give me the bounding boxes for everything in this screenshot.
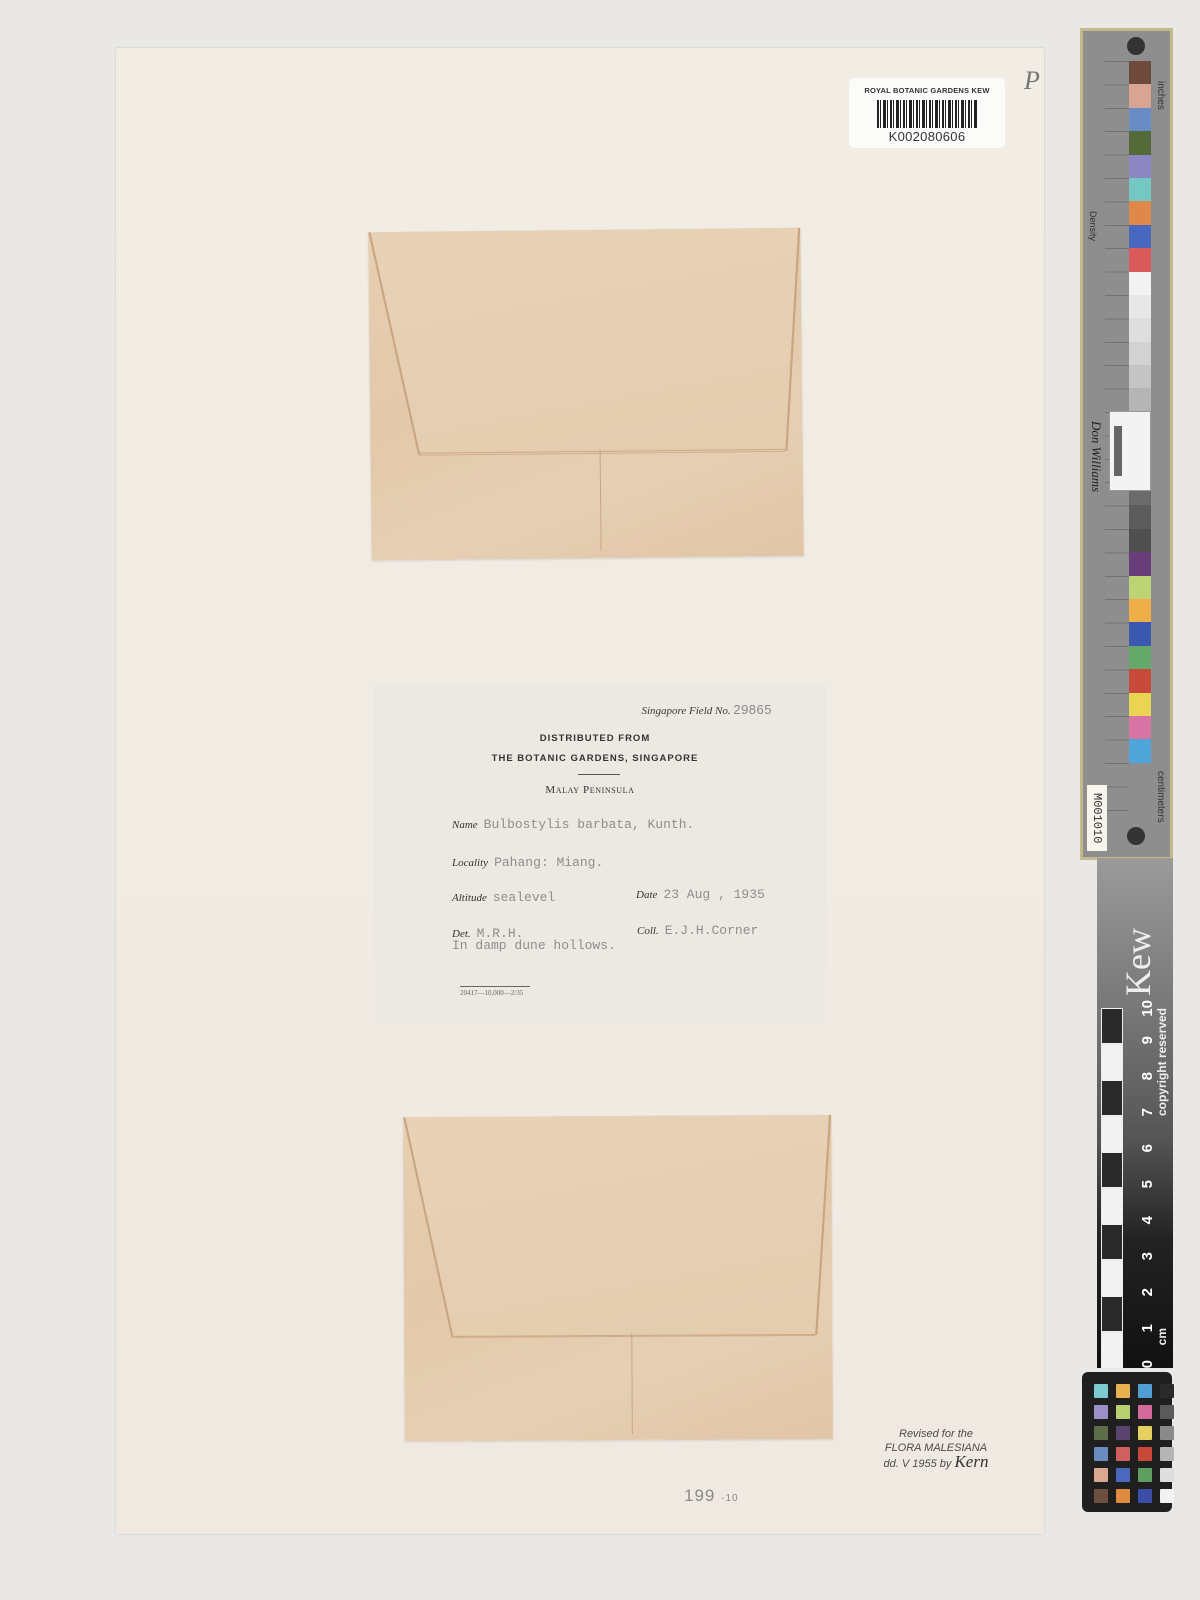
scale-segment [1101,1116,1123,1152]
color-swatch [1129,669,1151,692]
field-number: Singapore Field No. 29865 [641,702,772,717]
scale-number: 0 [1139,1360,1156,1368]
checker-chip [1138,1447,1152,1461]
color-swatch [1129,576,1151,599]
color-swatch [1129,272,1151,295]
distributed-from: DISTRIBUTED FROM [364,733,826,744]
checker-chip [1138,1489,1152,1503]
checker-chip [1094,1468,1108,1482]
region: Malay Peninsula [374,784,806,796]
collector-label: Coll. [637,925,659,937]
scale-segment [1101,1008,1123,1044]
color-swatch [1129,529,1151,552]
checker-chip [1094,1447,1108,1461]
field-number-value: 29865 [733,702,772,717]
envelope-flap [403,1115,832,1339]
specimen-envelope-top [368,228,803,561]
scale-number: 6 [1139,1144,1156,1152]
collector-value: E.J.H.Corner [665,923,759,938]
color-swatch [1129,365,1151,388]
date-value: 23 Aug , 1935 [663,887,764,902]
altitude-row: Altitudesealevel [452,890,555,905]
checker-chip [1094,1384,1108,1398]
bar-id-label: M001010 [1087,785,1107,851]
collector-row: Coll.E.J.H.Corner [637,923,758,938]
scale-number: 4 [1139,1216,1156,1224]
kew-scale-bar: Kew 012345678910 copyright reserved cm [1097,858,1173,1368]
barcode-label: ROYAL BOTANIC GARDENS KEW K002080606 [849,78,1005,148]
color-swatch [1129,131,1151,154]
color-swatch [1129,318,1151,341]
units-top: inches [1155,81,1166,110]
field-number-label: Singapore Field No. [641,705,730,717]
collection-label: Singapore Field No. 29865 DISTRIBUTED FR… [374,684,826,1024]
scale-number: 3 [1139,1252,1156,1260]
scale-number: 1 [1139,1324,1156,1332]
checker-chip [1116,1447,1130,1461]
scale-segment [1101,1224,1123,1260]
envelope-flap [368,228,802,457]
altitude-value: sealevel [493,890,555,905]
locality-label: Locality [452,857,488,869]
name-value: Bulbostylis barbata, Kunth. [484,817,695,832]
scale-number: 10 [1139,1000,1156,1017]
locality-value: Pahang: Miang. [494,855,603,870]
scale-segment [1101,1044,1123,1080]
color-swatch [1129,646,1151,669]
bar-brand: Don Williams [1088,421,1104,492]
hole-icon [1127,37,1145,55]
checker-chip [1116,1468,1130,1482]
checker-chip [1160,1405,1174,1419]
revision-stamp: Revised for the FLORA MALESIANA dd. V 19… [866,1427,1006,1471]
checker-chip [1138,1384,1152,1398]
color-swatch [1129,716,1151,739]
color-calibration-bar: inches Density Don Williams M001010 cent… [1080,28,1173,860]
copyright-text: copyright reserved [1155,1008,1169,1116]
resolution-target-icon [1109,411,1151,491]
checker-chip [1116,1489,1130,1503]
habitat-note: In damp dune hollows. [452,938,616,953]
color-swatch [1129,693,1151,716]
scale-number: 7 [1139,1108,1156,1116]
color-swatch [1129,552,1151,575]
color-swatch [1129,178,1151,201]
revisor-signature: Kern [954,1452,988,1471]
color-swatch [1129,342,1151,365]
scale-segment [1101,1332,1123,1368]
date-row: Date23 Aug , 1935 [636,887,765,902]
checker-chip [1094,1489,1108,1503]
checker-chip [1160,1426,1174,1440]
specimen-envelope-bottom [403,1115,833,1441]
date-label: Date [636,889,657,901]
scale-segment [1101,1080,1123,1116]
color-checker [1082,1372,1172,1512]
scale-number: 2 [1139,1288,1156,1296]
color-swatch [1129,108,1151,131]
checker-chip [1116,1426,1130,1440]
divider [578,774,620,775]
color-swatch [1129,505,1151,528]
scale-number: 9 [1139,1036,1156,1044]
scale-segment [1101,1188,1123,1224]
color-swatch [1129,201,1151,224]
density-label: Density [1088,211,1098,241]
checker-chip [1138,1468,1152,1482]
checker-chip [1094,1405,1108,1419]
color-swatch [1129,61,1151,84]
color-swatch [1129,599,1151,622]
scale-number: 8 [1139,1072,1156,1080]
scale-segment [1101,1296,1123,1332]
corner-mark: P [1024,66,1040,96]
sheet-number-suffix: -10 [721,1493,738,1504]
checker-chip [1160,1447,1174,1461]
units-bottom: centimeters [1155,771,1166,823]
checker-chip [1116,1405,1130,1419]
scale-number: 5 [1139,1180,1156,1188]
distributor-name: THE BOTANIC GARDENS, SINGAPORE [364,753,826,764]
checker-chip [1116,1384,1130,1398]
locality-row: LocalityPahang: Miang. [452,855,603,870]
altitude-label: Altitude [452,892,487,904]
checker-chip [1138,1426,1152,1440]
color-swatch [1129,622,1151,645]
name-label: Name [452,819,478,831]
revision-line-3: dd. V 1955 by [884,1458,952,1470]
scale-ticks [1101,1008,1121,1368]
checker-chip [1160,1489,1174,1503]
envelope-fold [600,450,602,552]
color-swatch [1129,248,1151,271]
color-swatch [1129,295,1151,318]
hole-icon [1127,827,1145,845]
scale-segment [1101,1260,1123,1296]
barcode-number: K002080606 [889,129,966,144]
scale-unit: cm [1155,1328,1169,1345]
divider [460,986,530,987]
kew-logo: Kew [1117,928,1159,996]
checker-chip [1160,1468,1174,1482]
institution-name: ROYAL BOTANIC GARDENS KEW [864,86,989,95]
sheet-number-value: 199 [684,1486,715,1505]
color-swatch [1129,225,1151,248]
scale-segment [1101,1152,1123,1188]
revision-line-1: Revised for the [866,1427,1006,1441]
name-row: NameBulbostylis barbata, Kunth. [452,817,694,832]
color-swatch [1129,84,1151,107]
checker-chip [1138,1405,1152,1419]
sheet-number: 199 -10 [684,1486,739,1506]
barcode-icon [877,100,977,128]
color-swatch [1129,739,1151,762]
print-code: 20417—10,000—2/35 [460,989,523,997]
checker-chip [1094,1426,1108,1440]
checker-chip [1160,1384,1174,1398]
color-swatch [1129,388,1151,411]
color-swatch [1129,155,1151,178]
envelope-fold [631,1333,633,1433]
